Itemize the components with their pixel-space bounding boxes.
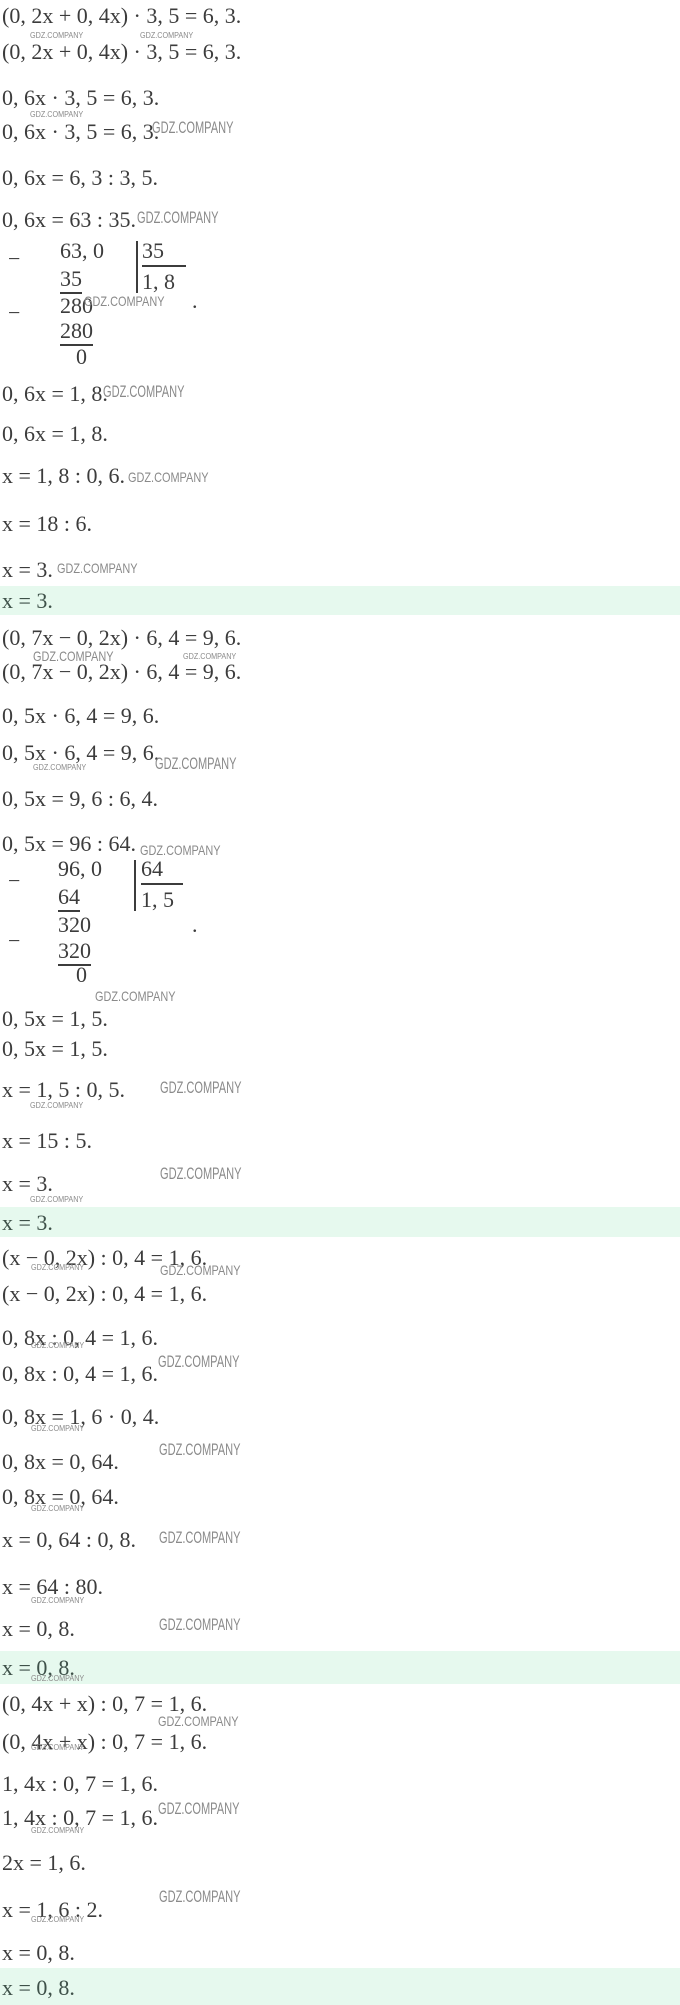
division-subtrahend: 64	[58, 886, 80, 912]
solution-page: (0, 2x + 0, 4x) · 3, 5 = 6, 3. GDZ.COMPA…	[0, 0, 680, 2005]
equation-line: x = 0, 64 : 0, 8.	[2, 1528, 136, 1552]
equation-line: 0, 6x = 1, 8.	[2, 422, 108, 446]
division-period: .	[192, 290, 198, 312]
equation-line: 0, 8x : 0, 4 = 1, 6.	[2, 1362, 158, 1386]
equation-line: x = 1, 8 : 0, 6.	[2, 464, 125, 488]
equation-line: x = 15 : 5.	[2, 1129, 92, 1153]
equation-line: x = 1, 5 : 0, 5.	[2, 1078, 125, 1102]
equation-line: x = 3.	[2, 1172, 53, 1196]
watermark: GDZ.COMPANY	[155, 755, 236, 772]
division-bracket-line	[134, 860, 136, 911]
division-divisor: 35	[142, 240, 186, 267]
division-bracket-line	[136, 241, 138, 293]
watermark: GDZ.COMPANY	[95, 989, 175, 1003]
division-divisor: 64	[141, 858, 183, 885]
equation-line: (x − 0, 2x) : 0, 4 = 1, 6.	[2, 1282, 207, 1306]
watermark: GDZ.COMPANY	[152, 119, 233, 136]
watermark: GDZ.COMPANY	[158, 1353, 239, 1370]
division-remainder: 0	[76, 964, 87, 986]
equation-line: 0, 6x = 6, 3 : 3, 5.	[2, 166, 158, 190]
equation-line: x = 0, 8.	[2, 1941, 75, 1965]
equation-line: 0, 5x = 9, 6 : 6, 4.	[2, 787, 158, 811]
equation-line: 2x = 1, 6.	[2, 1851, 86, 1875]
watermark: GDZ.COMPANY	[30, 1101, 83, 1110]
division-dividend: 63, 0	[60, 240, 104, 262]
watermark: GDZ.COMPANY	[84, 294, 164, 308]
equation-line: (0, 7x − 0, 2x) · 6, 4 = 9, 6.	[2, 626, 241, 650]
long-division-work: − 96, 0 64 320 − 320 0 64 1, 5 .	[0, 856, 260, 988]
answer-text: x = 0, 8.	[2, 1977, 75, 1999]
highlighted-answer: x = 0, 8.	[0, 1968, 680, 2005]
highlighted-answer: x = 3.	[0, 586, 680, 615]
division-remainder: 320	[58, 914, 91, 936]
equation-line: x = 0, 8.	[2, 1617, 75, 1641]
watermark: GDZ.COMPANY	[31, 1743, 84, 1752]
division-quotient: 1, 5	[141, 889, 174, 911]
equation-line: 0, 5x = 1, 5.	[2, 1037, 108, 1061]
watermark: GDZ.COMPANY	[31, 1596, 84, 1605]
watermark: GDZ.COMPANY	[30, 1195, 83, 1204]
watermark: GDZ.COMPANY	[31, 1504, 84, 1513]
equation-line: (0, 7x − 0, 2x) · 6, 4 = 9, 6.	[2, 660, 241, 684]
equation-line: 0, 8x = 0, 64.	[2, 1450, 119, 1474]
division-minus-sign: −	[8, 870, 20, 892]
watermark: GDZ.COMPANY	[160, 1263, 240, 1277]
watermark: GDZ.COMPANY	[57, 561, 137, 575]
watermark: GDZ.COMPANY	[159, 1441, 240, 1458]
equation-line: x = 18 : 6.	[2, 512, 92, 536]
division-minus-sign: −	[8, 930, 20, 952]
watermark: GDZ.COMPANY	[159, 1888, 240, 1905]
watermark: GDZ.COMPANY	[30, 110, 83, 119]
watermark: GDZ.COMPANY	[31, 1674, 84, 1683]
equation-line: 1, 4x : 0, 7 = 1, 6.	[2, 1772, 158, 1796]
division-subtrahend: 280	[60, 320, 93, 346]
answer-text: x = 3.	[2, 590, 53, 612]
division-remainder: 0	[76, 346, 87, 368]
watermark: GDZ.COMPANY	[33, 763, 86, 772]
equation-line: (0, 2x + 0, 4x) · 3, 5 = 6, 3.	[2, 4, 241, 28]
watermark: GDZ.COMPANY	[31, 1424, 84, 1433]
highlighted-answer: x = 3.	[0, 1207, 680, 1237]
equation-line: 0, 5x · 6, 4 = 9, 6.	[2, 704, 159, 728]
watermark: GDZ.COMPANY	[31, 1263, 84, 1272]
watermark: GDZ.COMPANY	[31, 1915, 84, 1924]
division-dividend: 96, 0	[58, 858, 102, 880]
watermark: GDZ.COMPANY	[31, 1826, 84, 1835]
highlighted-answer: x = 0, 8.	[0, 1651, 680, 1684]
watermark: GDZ.COMPANY	[31, 1341, 84, 1350]
watermark: GDZ.COMPANY	[103, 383, 184, 400]
watermark: GDZ.COMPANY	[158, 1714, 238, 1728]
division-subtrahend: 35	[60, 268, 82, 294]
equation-line: 0, 6x · 3, 5 = 6, 3.	[2, 86, 159, 110]
equation-line: 0, 5x = 96 : 64.	[2, 832, 136, 856]
watermark: GDZ.COMPANY	[137, 209, 218, 226]
division-minus-sign: −	[8, 248, 20, 270]
equation-line: 0, 6x = 63 : 35.	[2, 208, 136, 232]
equation-line: (0, 2x + 0, 4x) · 3, 5 = 6, 3.	[2, 40, 241, 64]
division-period: .	[192, 914, 198, 936]
watermark: GDZ.COMPANY	[159, 1529, 240, 1546]
watermark: GDZ.COMPANY	[159, 1616, 240, 1633]
answer-text: x = 3.	[2, 1212, 53, 1234]
division-minus-sign: −	[8, 302, 20, 324]
watermark: GDZ.COMPANY	[160, 1165, 241, 1182]
equation-line: 0, 5x = 1, 5.	[2, 1007, 108, 1031]
equation-line: 0, 6x = 1, 8.	[2, 382, 108, 406]
equation-line: x = 3.	[2, 558, 53, 582]
watermark: GDZ.COMPANY	[158, 1800, 239, 1817]
watermark: GDZ.COMPANY	[160, 1079, 241, 1096]
division-quotient: 1, 8	[142, 271, 175, 293]
watermark: GDZ.COMPANY	[128, 470, 208, 484]
equation-line: 0, 6x · 3, 5 = 6, 3.	[2, 120, 159, 144]
watermark: GDZ.COMPANY	[140, 843, 220, 857]
